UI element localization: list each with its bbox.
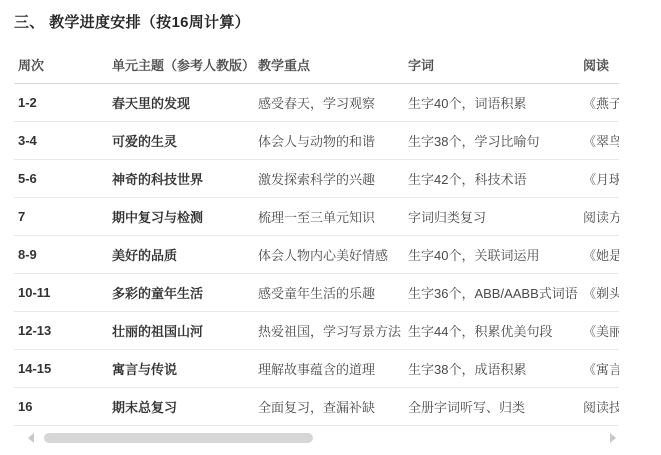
table-row: 10-11 多彩的童年生活 感受童年生活的乐趣 生字36个，ABB/AABB式词… (14, 274, 619, 312)
cell-week: 14-15 (14, 350, 108, 388)
cell-reading: 《寓言 (579, 350, 619, 388)
cell-focus: 热爱祖国，学习写景方法 (254, 312, 404, 350)
cell-reading: 阅读方 (579, 198, 619, 236)
cell-focus: 体会人与动物的和谐 (254, 122, 404, 160)
cell-theme: 神奇的科技世界 (108, 160, 254, 198)
table-row: 14-15 寓言与传说 理解故事蕴含的道理 生字38个，成语积累 《寓言 (14, 350, 619, 388)
cell-words: 生字36个，ABB/AABB式词语 (404, 274, 579, 312)
cell-week: 10-11 (14, 274, 108, 312)
document-page: 三、 教学进度安排（按16周计算） 周次 单元主题（参考人教版） 教学重点 字词… (0, 0, 661, 444)
scroll-left-icon[interactable] (28, 433, 34, 443)
cell-theme: 春天里的发现 (108, 84, 254, 122)
cell-reading: 《她是 (579, 236, 619, 274)
cell-theme: 期中复习与检测 (108, 198, 254, 236)
column-header-focus: 教学重点 (254, 46, 404, 84)
cell-theme: 可爱的生灵 (108, 122, 254, 160)
cell-words: 生字38个，成语积累 (404, 350, 579, 388)
cell-theme: 寓言与传说 (108, 350, 254, 388)
cell-week: 5-6 (14, 160, 108, 198)
cell-week: 7 (14, 198, 108, 236)
page-title: 三、 教学进度安排（按16周计算） (14, 11, 661, 32)
cell-focus: 感受童年生活的乐趣 (254, 274, 404, 312)
cell-focus: 感受春天，学习观察 (254, 84, 404, 122)
column-header-theme: 单元主题（参考人教版） (108, 46, 254, 84)
scrollbar-thumb[interactable] (44, 433, 313, 443)
column-header-week: 周次 (14, 46, 108, 84)
cell-words: 字词归类复习 (404, 198, 579, 236)
cell-reading: 《燕子 (579, 84, 619, 122)
cell-reading: 《月球 (579, 160, 619, 198)
cell-week: 12-13 (14, 312, 108, 350)
table-scroll-viewport: 周次 单元主题（参考人教版） 教学重点 字词 阅读 1-2 春天里的发现 感受春… (14, 46, 619, 426)
table-row: 8-9 美好的品质 体会人物内心美好情感 生字40个，关联词运用 《她是 (14, 236, 619, 274)
cell-focus: 激发探索科学的兴趣 (254, 160, 404, 198)
table-row: 5-6 神奇的科技世界 激发探索科学的兴趣 生字42个，科技术语 《月球 (14, 160, 619, 198)
schedule-table: 周次 单元主题（参考人教版） 教学重点 字词 阅读 1-2 春天里的发现 感受春… (14, 46, 619, 426)
table-row: 16 期末总复习 全面复习，查漏补缺 全册字词听写、归类 阅读技 (14, 388, 619, 426)
cell-words: 生字40个，词语积累 (404, 84, 579, 122)
cell-focus: 全面复习，查漏补缺 (254, 388, 404, 426)
cell-theme: 壮丽的祖国山河 (108, 312, 254, 350)
cell-theme: 多彩的童年生活 (108, 274, 254, 312)
cell-words: 生字38个，学习比喻句 (404, 122, 579, 160)
cell-focus: 体会人物内心美好情感 (254, 236, 404, 274)
cell-focus: 梳理一至三单元知识 (254, 198, 404, 236)
table-row: 1-2 春天里的发现 感受春天，学习观察 生字40个，词语积累 《燕子 (14, 84, 619, 122)
cell-theme: 美好的品质 (108, 236, 254, 274)
cell-week: 16 (14, 388, 108, 426)
header-row: 周次 单元主题（参考人教版） 教学重点 字词 阅读 (14, 46, 619, 84)
cell-words: 全册字词听写、归类 (404, 388, 579, 426)
column-header-reading: 阅读 (579, 46, 619, 84)
horizontal-scrollbar[interactable] (20, 432, 625, 444)
cell-words: 生字42个，科技术语 (404, 160, 579, 198)
scroll-right-icon[interactable] (610, 433, 616, 443)
cell-words: 生字44个，积累优美句段 (404, 312, 579, 350)
cell-week: 8-9 (14, 236, 108, 274)
cell-words: 生字40个，关联词运用 (404, 236, 579, 274)
cell-reading: 《美丽 (579, 312, 619, 350)
table-row: 3-4 可爱的生灵 体会人与动物的和谐 生字38个，学习比喻句 《翠鸟 (14, 122, 619, 160)
cell-reading: 阅读技 (579, 388, 619, 426)
column-header-words: 字词 (404, 46, 579, 84)
cell-week: 3-4 (14, 122, 108, 160)
cell-reading: 《剃头 (579, 274, 619, 312)
cell-week: 1-2 (14, 84, 108, 122)
table-row: 12-13 壮丽的祖国山河 热爱祖国，学习写景方法 生字44个，积累优美句段 《… (14, 312, 619, 350)
table-row: 7 期中复习与检测 梳理一至三单元知识 字词归类复习 阅读方 (14, 198, 619, 236)
cell-reading: 《翠鸟 (579, 122, 619, 160)
cell-theme: 期末总复习 (108, 388, 254, 426)
cell-focus: 理解故事蕴含的道理 (254, 350, 404, 388)
